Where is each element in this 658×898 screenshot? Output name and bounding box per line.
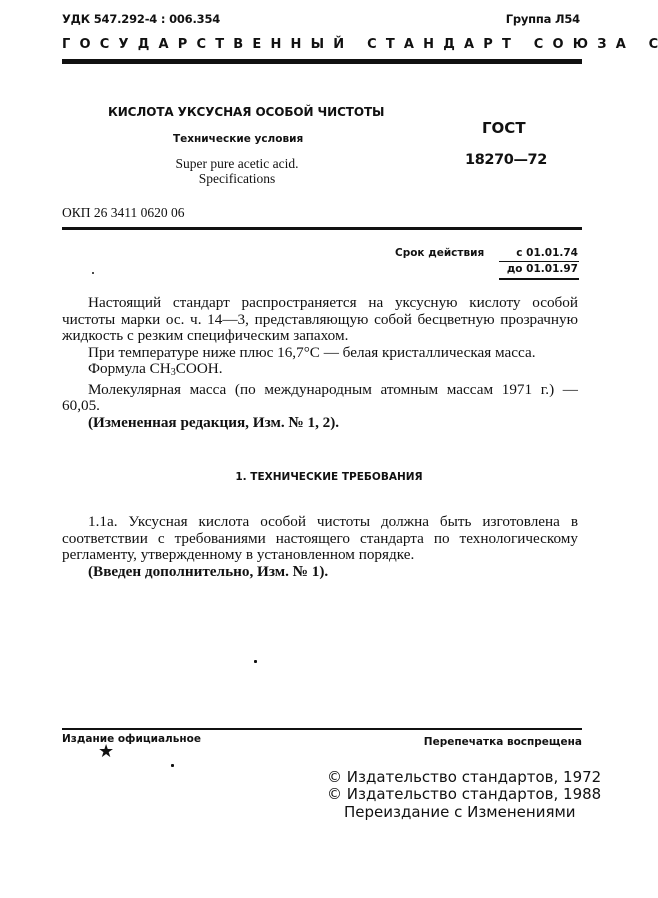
copyright-1988: © Издательство стандартов, 1988 <box>327 785 617 803</box>
english-title-line2: Specifications <box>167 171 307 186</box>
document-subtitle: Технические условия <box>173 133 303 145</box>
validity-to: до 01.01.97 <box>500 263 578 275</box>
copyright-1972: © Издательство стандартов, 1972 <box>327 768 617 786</box>
english-title-line1: Super pure acetic acid. <box>167 156 307 171</box>
bottom-rule <box>62 728 582 730</box>
validity-label: Срок действия <box>395 247 484 259</box>
reissue-note: Переиздание с Изменениями <box>344 803 634 821</box>
gost-label: ГОСТ <box>482 119 526 137</box>
official-edition-label: Издание официальное <box>62 733 201 745</box>
formula-paragraph: Формула CH3COOH. <box>62 361 578 382</box>
requirements-section: 1.1а. Уксусная кислота особой чистоты до… <box>62 514 578 580</box>
validity-from: с 01.01.74 <box>500 247 578 259</box>
reprint-notice: Перепечатка воспрещена <box>424 736 582 748</box>
scan-speck <box>254 660 257 663</box>
molar-mass-paragraph: Молекулярная масса (по международным ато… <box>62 382 578 415</box>
intro-section: Настоящий стандарт распространяется на у… <box>62 295 578 431</box>
validity-underline <box>499 278 579 280</box>
middle-rule <box>62 227 582 230</box>
document-title: КИСЛОТА УКСУСНАЯ ОСОБОЙ ЧИСТОТЫ <box>108 105 384 119</box>
scan-speck <box>92 272 94 274</box>
amendment-note: (Измененная редакция, Изм. № 1, 2). <box>62 415 578 432</box>
udk-code: УДК 547.292-4 : 006.354 <box>62 12 220 26</box>
scope-paragraph: Настоящий стандарт распространяется на у… <box>62 295 578 345</box>
group-code: Группа Л54 <box>506 12 580 26</box>
gost-number: 18270—72 <box>465 152 547 168</box>
validity-underline <box>499 261 579 262</box>
english-title: Super pure acetic acid. Specifications <box>167 156 307 186</box>
property-paragraph: При температуре ниже плюс 16,7°C — белая… <box>62 345 578 362</box>
star-icon: ★ <box>98 741 114 762</box>
okp-code: ОКП 26 3411 0620 06 <box>62 205 185 221</box>
section-heading: 1. ТЕХНИЧЕСКИЕ ТРЕБОВАНИЯ <box>0 471 658 483</box>
requirement-paragraph: 1.1а. Уксусная кислота особой чистоты до… <box>62 514 578 564</box>
state-standard-heading: ГОСУДАРСТВЕННЫЙ СТАНДАРТ СОЮЗА ССР <box>62 37 580 52</box>
amendment-note: (Введен дополнительно, Изм. № 1). <box>62 564 578 581</box>
scan-speck <box>171 764 174 767</box>
top-rule <box>62 59 582 64</box>
